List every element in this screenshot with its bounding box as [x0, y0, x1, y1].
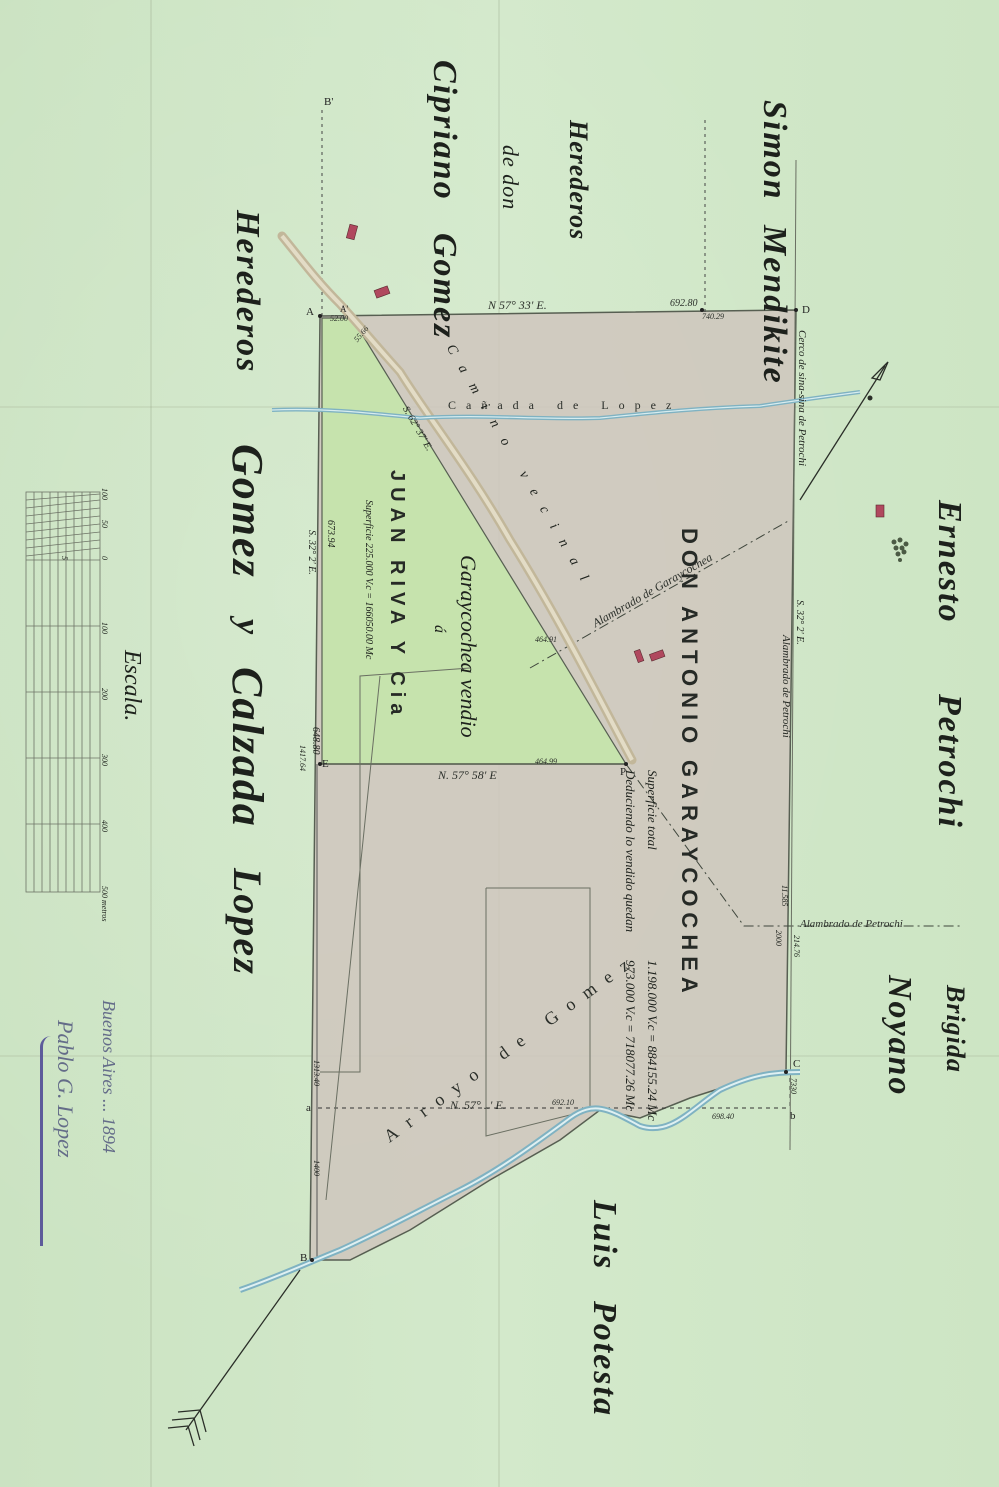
neighbor-herederos-label: Herederos	[563, 120, 593, 240]
parcel-owner-line2: GARAYCOCHEA	[676, 760, 702, 999]
north-arrow-head-icon	[872, 362, 888, 380]
corner-b: B	[300, 1252, 307, 1264]
signature-flourish	[40, 1036, 51, 1246]
scale-tick: 100	[100, 622, 109, 634]
corner-p: P	[620, 766, 626, 778]
scale-tick: 300	[100, 754, 109, 766]
scale-tick: 200	[100, 688, 109, 700]
corner-e: E	[322, 758, 329, 770]
neighbor-brigida-first: Brigida	[940, 985, 970, 1073]
scale-tick: 50	[100, 520, 109, 528]
neighbor-line: Herederos	[229, 210, 266, 373]
bearing-bottom: N. 57° ..' E.	[450, 1098, 506, 1113]
neighbor-simon-mendikite: Simon Mendikite	[755, 100, 793, 385]
neighbor-line: y	[228, 619, 266, 636]
neighbor-de-don-label: de don	[497, 145, 523, 210]
sold-caption-a: á	[430, 625, 448, 633]
corner-a-prime: A'	[340, 304, 348, 314]
neighbor-first-name: Cipriano	[426, 60, 463, 201]
hedge-note: Cerco de sina-sina de Petrochi	[796, 330, 808, 466]
scale-title: Escala.	[118, 650, 145, 721]
neighbor-line: de don	[498, 145, 523, 210]
scale-tick: 400	[100, 820, 109, 832]
scale-sub-tick: 5	[60, 556, 69, 560]
measure: 214.76	[792, 935, 801, 957]
remaining-label: Deduciendo lo vendido quedan	[622, 770, 638, 932]
sold-caption: Garaycochea vendio	[455, 555, 481, 738]
measure: 648.80	[310, 727, 321, 755]
measure: 1417.64	[298, 745, 307, 771]
buyer-name: JUAN RIVA Y Cia	[385, 470, 408, 720]
corner-c: C	[793, 1058, 800, 1070]
corner-b-prime: B'	[324, 96, 333, 108]
neighbor-line: Herederos	[564, 120, 593, 240]
signature-line2: Pablo G. Lopez	[52, 1020, 78, 1158]
fence-petrochi-edge-label: Alambrado de Petrochi	[780, 635, 792, 738]
surface-total-value: 1.198.000 V.c = 884155.24 Mc	[644, 960, 660, 1121]
neighbor-herederos-gomez-calzada: Herederos Gomez y Calzada Lopez	[222, 210, 273, 976]
measure: 692.80	[670, 298, 698, 309]
neighbor-first-name: Luis	[586, 1200, 623, 1270]
neighbor-first-name: Brigida	[941, 985, 970, 1073]
measure: 1400	[312, 1160, 321, 1176]
measure: 698.40	[712, 1112, 734, 1121]
measure: 673.94	[325, 520, 336, 548]
remaining-value: 973.000 V.c = 718077.26 Mc	[622, 960, 638, 1111]
measure: 52.00	[330, 314, 348, 323]
measure: 464.91	[535, 635, 557, 644]
neighbor-line: Gomez	[222, 444, 273, 579]
neighbor-surname: Petrochi	[930, 694, 968, 829]
corner-a-lower: a	[306, 1102, 311, 1114]
bearing-ae: S. 32° 2' E.	[306, 530, 317, 575]
bearing-ep: N. 57° 58' E	[438, 768, 497, 783]
neighbor-brigida-surname: Noyano	[880, 975, 918, 1097]
sold-surface: Superficie 225.000 V.c = 166050.00 Mc	[363, 500, 374, 659]
surface-total-label: Superficie total	[644, 770, 660, 850]
measure: 2000	[774, 930, 783, 946]
measure: 464.99	[535, 757, 557, 766]
neighbor-surname: Gomez	[425, 233, 463, 339]
neighbor-first-name: Simon	[756, 100, 793, 201]
corner-a: A	[306, 306, 314, 318]
tree-cluster-icon	[892, 538, 909, 563]
neighbor-cipriano-gomez: Cipriano Gomez	[425, 60, 463, 340]
survey-plan	[0, 0, 999, 1487]
neighbor-first-name: Ernesto	[931, 500, 968, 624]
scale-tick: 500 metros	[100, 886, 109, 921]
fence-petrochi-label: Alambrado de Petrochi	[800, 918, 903, 930]
measure: 11.585	[780, 885, 789, 906]
signature-line1: Buenos Aires ... 1894	[98, 1000, 119, 1153]
neighbor-line: Calzada	[222, 667, 273, 828]
neighbor-ernesto: Ernesto Petrochi	[930, 500, 968, 829]
scale-tick: 0	[100, 556, 109, 560]
scale-bar	[26, 492, 100, 892]
neighbor-surname: Mendikite	[755, 225, 793, 385]
measure: 1313.40	[312, 1060, 321, 1086]
scale-tick: 100	[100, 488, 109, 500]
north-arrow-line	[800, 366, 885, 500]
corner-b-lower: b	[790, 1110, 796, 1122]
neighbor-luis-potesta: Luis Potesta	[585, 1200, 623, 1417]
corner-d: D	[802, 304, 810, 316]
neighbor-line: Lopez	[224, 868, 271, 976]
south-arrow-line	[186, 1270, 300, 1430]
neighbor-surname: Noyano	[881, 975, 918, 1097]
bearing-dc: S. 32° 2' E.	[794, 600, 805, 645]
neighbor-surname: Potesta	[585, 1301, 623, 1417]
measure: 7330	[789, 1078, 798, 1094]
measure: 740.29	[702, 312, 724, 321]
bearing-ad: N 57° 33' E.	[488, 298, 547, 313]
measure: 692.10	[552, 1098, 574, 1107]
